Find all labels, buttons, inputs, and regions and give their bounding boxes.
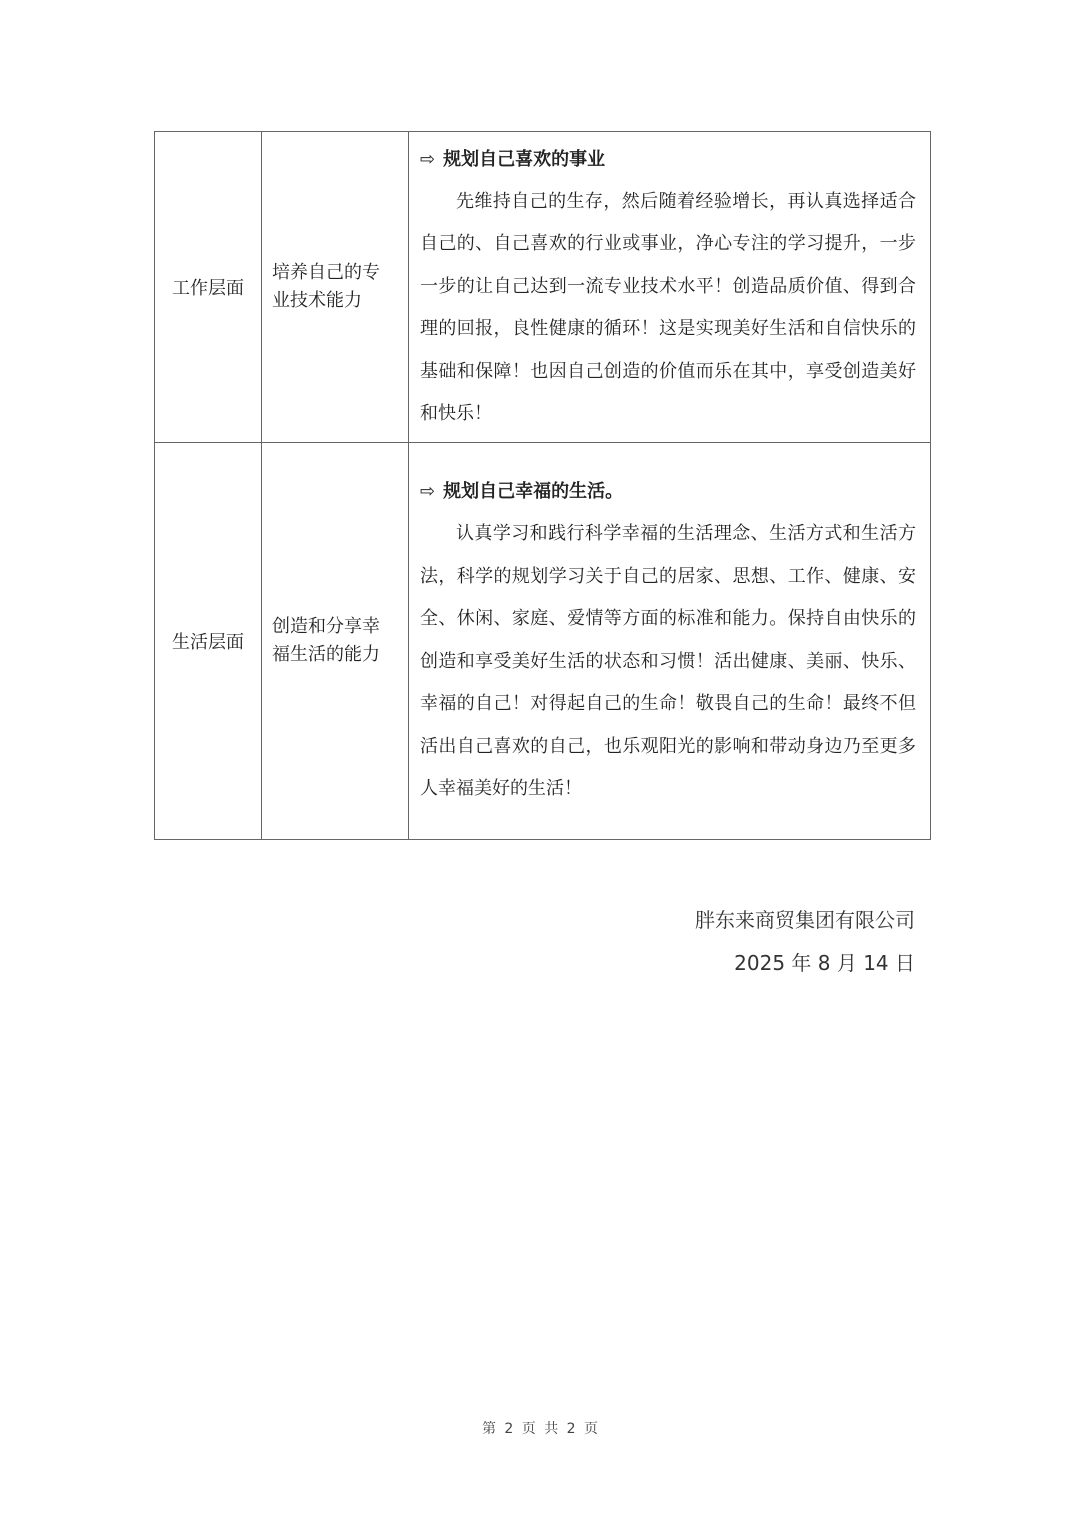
description-cell: ⇨规划自己幸福的生活。 认真学习和践行科学幸福的生活理念、生活方式和生活方法，科…	[409, 443, 931, 840]
ability-label: 培养自己的专业技术能力	[272, 259, 392, 315]
table-row-life: 生活层面 创造和分享幸福生活的能力 ⇨规划自己幸福的生活。 认真学习和践行科学幸…	[155, 443, 931, 840]
signature-date: 2025 年 8 月 14 日	[734, 947, 915, 976]
ability-label: 创造和分享幸福生活的能力	[272, 613, 392, 669]
ability-cell: 创造和分享幸福生活的能力	[262, 443, 409, 840]
ability-cell: 培养自己的专业技术能力	[262, 132, 409, 443]
heading-text: 规划自己喜欢的事业	[443, 149, 605, 170]
section-heading: ⇨规划自己喜欢的事业	[420, 139, 916, 181]
level-cell: 工作层面	[155, 132, 262, 443]
arrow-right-icon: ⇨	[420, 149, 435, 170]
table-row-work: 工作层面 培养自己的专业技术能力 ⇨规划自己喜欢的事业 先维持自己的生存，然后随…	[155, 132, 931, 443]
level-cell: 生活层面	[155, 443, 262, 840]
section-body: 认真学习和践行科学幸福的生活理念、生活方式和生活方法，科学的规划学习关于自己的居…	[420, 513, 916, 811]
arrow-right-icon: ⇨	[420, 481, 435, 502]
heading-text: 规划自己幸福的生活。	[443, 481, 623, 502]
page-number: 第 2 页 共 2 页	[0, 1418, 1080, 1438]
section-heading: ⇨规划自己幸福的生活。	[420, 471, 916, 513]
description-cell: ⇨规划自己喜欢的事业 先维持自己的生存，然后随着经验增长，再认真选择适合自己的、…	[409, 132, 931, 443]
section-body: 先维持自己的生存，然后随着经验增长，再认真选择适合自己的、自己喜欢的行业或事业，…	[420, 181, 916, 436]
level-label: 生活层面	[172, 632, 244, 653]
level-label: 工作层面	[172, 278, 244, 299]
content-table: 工作层面 培养自己的专业技术能力 ⇨规划自己喜欢的事业 先维持自己的生存，然后随…	[154, 131, 931, 840]
signature-company: 胖东来商贸集团有限公司	[695, 904, 915, 933]
